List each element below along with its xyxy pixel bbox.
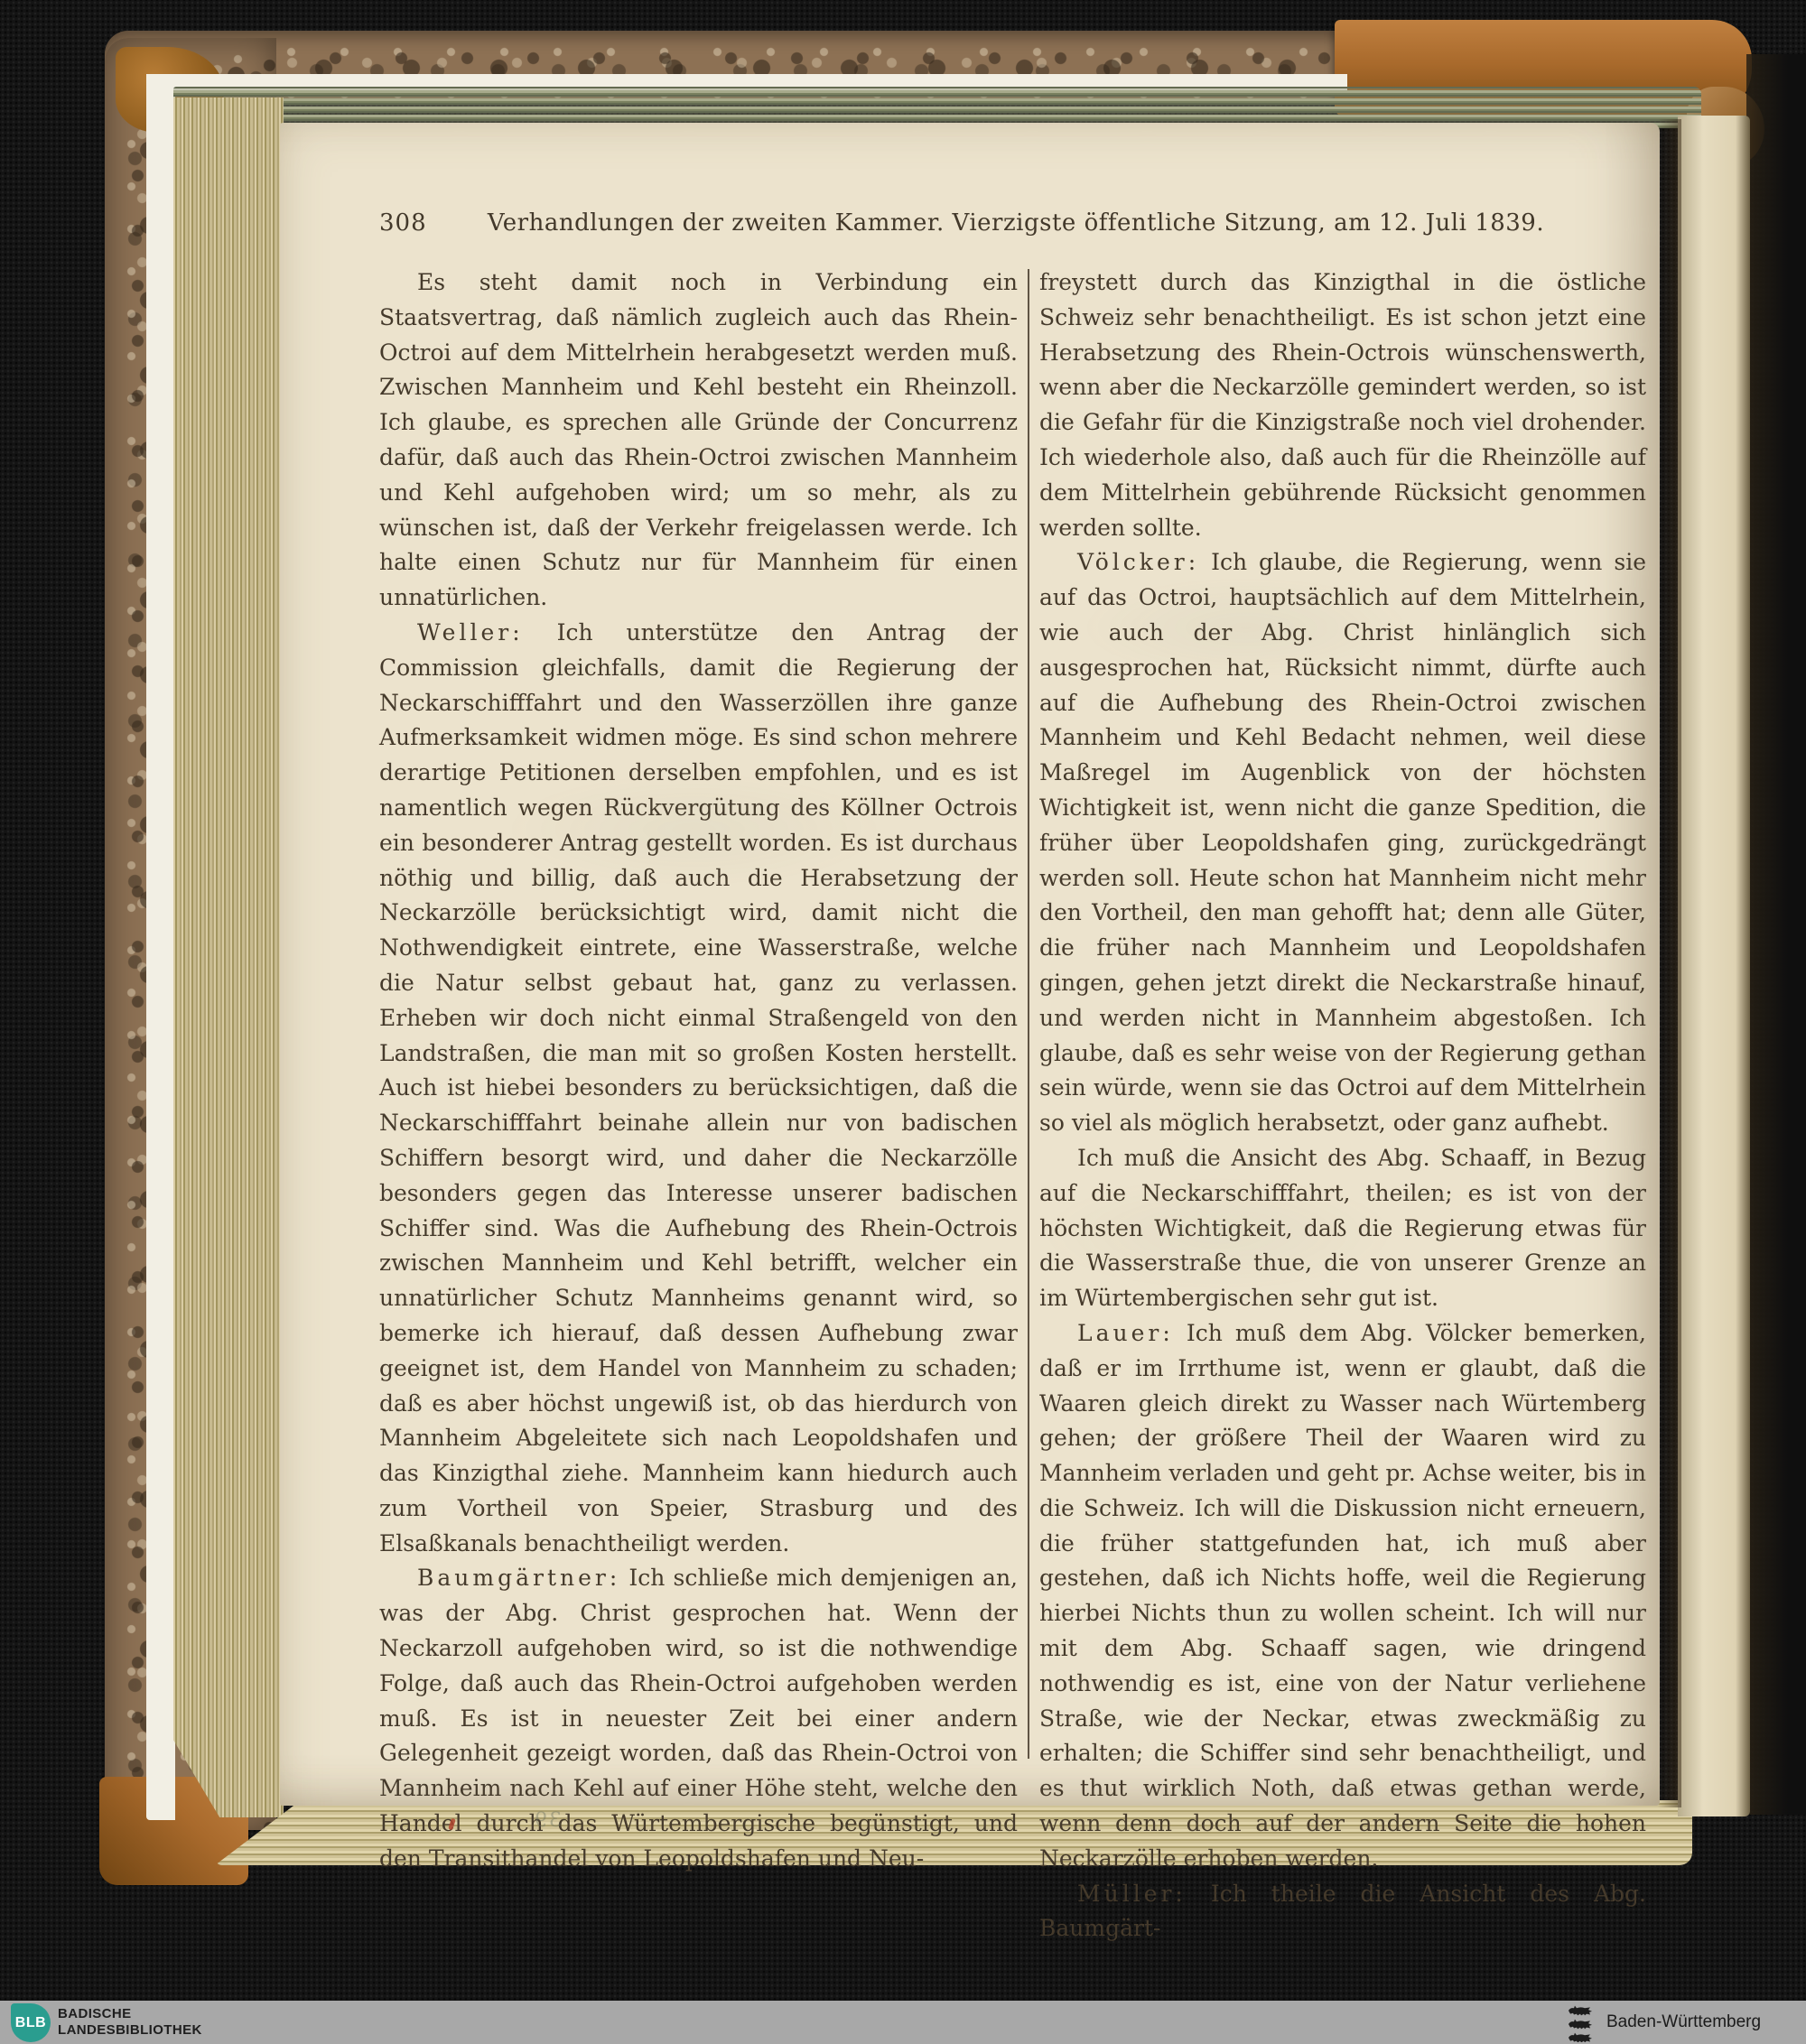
running-head: 308 Verhandlungen der zweiten Kammer. Vi… [280,209,1660,242]
column-divider-rule [1028,269,1029,1759]
paragraph: Baumgärtner: Ich schließe mich demjenige… [379,1561,1018,1876]
speaker-name: Müller: [1077,1881,1187,1907]
paragraph: freystett durch das Kinzigthal in die ös… [1039,265,1646,545]
text-column-right: freystett durch das Kinzigthal in die ös… [1039,265,1646,1946]
paragraph: Lauer: Ich muß dem Abg. Völcker bemerken… [1039,1316,1646,1877]
text-column-left: Es steht damit noch in Verbindung ein St… [379,265,1018,1877]
library-name: BADISCHE LANDESBIBLIOTHEK [58,2006,202,2039]
paragraph: Völcker: Ich glaube, die Regierung, wenn… [1039,545,1646,1141]
signature-mark-showthrough: 39 [533,1809,562,1832]
blb-logo: BLB [11,2003,51,2042]
running-title: Verhandlungen der zweiten Kammer. Vierzi… [379,209,1652,237]
paragraph: Ich muß die Ansicht des Abg. Schaaff, in… [1039,1141,1646,1316]
paragraph: Müller: Ich theile die Ansicht des Abg. … [1039,1877,1646,1947]
library-footer-bar: BLB BADISCHE LANDESBIBLIOTHEK Baden-Würt… [0,2001,1806,2044]
paragraph: Es steht damit noch in Verbindung ein St… [379,265,1018,616]
binding-shadow-right [1746,54,1806,1815]
scan-viewer-background: { "page": { "page_number": "308", "runni… [0,0,1806,2044]
text-block-left-edge [173,98,284,1817]
book-page: 308 Verhandlungen der zweiten Kammer. Vi… [280,123,1660,1806]
speaker-name: Völcker: [1077,549,1199,575]
speaker-name: Weller: [417,619,524,646]
speaker-name: Baumgärtner: [417,1565,620,1591]
baden-wuerttemberg-lions-icon [1565,2002,1597,2042]
library-name-line1: BADISCHE [58,2006,202,2022]
gutter-shadow [1658,119,1681,1807]
state-name: Baden-Württemberg [1606,2012,1761,2032]
state-logo-group: Baden-Württemberg [1565,2002,1761,2042]
library-name-line2: LANDESBIBLIOTHEK [58,2022,202,2039]
adjacent-page-edge [1678,116,1750,1816]
speaker-name: Lauer: [1077,1320,1174,1346]
flyleaf-edge-left [146,78,175,1820]
paragraph: Weller: Ich unterstütze den Antrag der C… [379,616,1018,1562]
